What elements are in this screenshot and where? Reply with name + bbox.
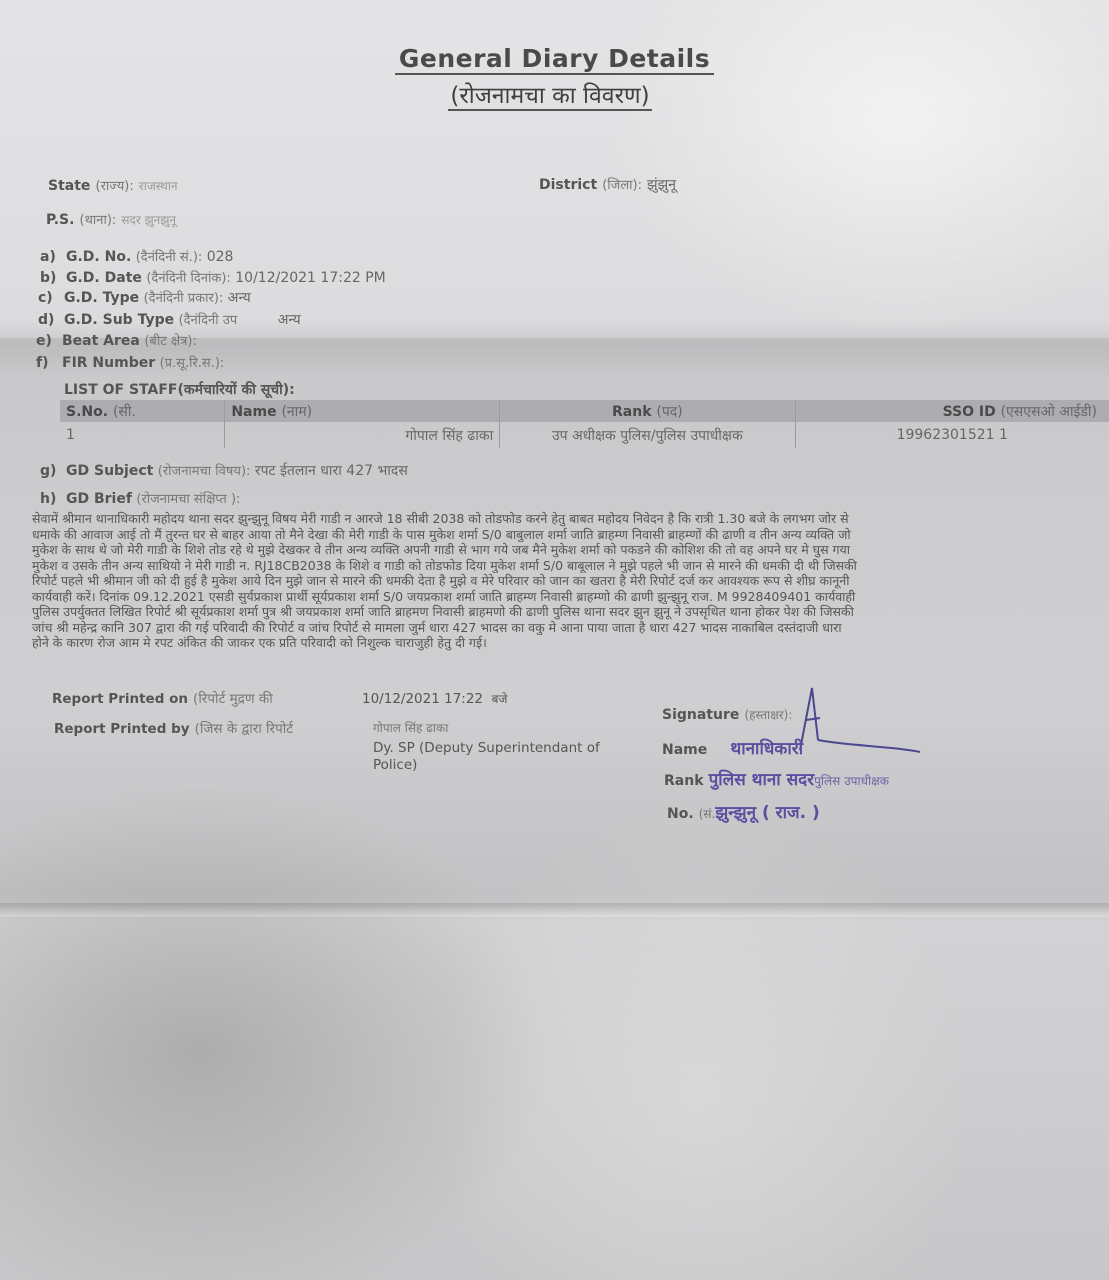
staff-name: गोपाल सिंह ढाका <box>225 422 500 448</box>
district-value: झुंझुनू <box>647 177 676 193</box>
staff-sno: 1 <box>60 422 225 448</box>
col-rank: Rank (पद) <box>500 400 795 422</box>
state-field: State (राज्य): राजस्थान <box>48 175 178 194</box>
number-field: No. (सं.झुन्झुनू ( राज. ) <box>667 800 820 823</box>
brief-line: पुलिस उपर्युक्तत लिखित रिपोर्ट श्री सूर्… <box>32 604 1109 620</box>
gd-date-field: b)G.D. Date (दैनंदिनी दिनांक): 10/12/202… <box>40 268 386 286</box>
staff-list-heading: LIST OF STAFF(कर्मचारियों की सूची): <box>64 380 295 399</box>
district-field: District (जिला): झुंझुनू <box>539 174 676 194</box>
brief-line: कार्यवाही करें। दिनांक 09.12.2021 एसडी स… <box>32 589 1109 605</box>
brief-line: रिपोर्ट पहले भी श्रीमान जी को दी हुई है … <box>32 573 1109 589</box>
brief-line: जांच श्री महेन्द्र कानि 307 द्वारा की गई… <box>32 620 1109 636</box>
report-printed-by: Report Printed by (जिस के द्वारा रिपोर्ट <box>54 718 293 737</box>
paper-fold-crease <box>0 903 1109 917</box>
table-row: 1 गोपाल सिंह ढाका उप अधीक्षक पुलिस/पुलिस… <box>60 422 1109 448</box>
state-value: राजस्थान <box>139 179 178 193</box>
gd-brief-field: h)GD Brief (रोजनामचा संक्षिप्त ): <box>40 489 240 507</box>
gd-brief-text: सेवामें श्रीमान थानाधिकारी महोदय थाना सद… <box>32 511 1109 651</box>
gd-subtype-field: d)G.D. Sub Type (दैनंदिनी उप अन्य <box>38 310 301 329</box>
brief-line: धमाके की आवाज आई तो मैं तुरन्त घर से बाह… <box>32 527 1109 543</box>
brief-line: मुकेश व उसके तीन अन्य साथियो ने मेरी गाड… <box>32 558 1109 574</box>
staff-sso-id: 19962301521 1 <box>795 422 1109 448</box>
name-stamp: थानाधिकारी <box>730 739 803 759</box>
staff-rank: उप अधीक्षक पुलिस/पुलिस उपाधीक्षक <box>500 422 795 448</box>
gd-date-value: 10/12/2021 17:22 PM <box>235 270 385 286</box>
gd-no-value: 028 <box>207 249 234 265</box>
brief-line: होने के कारण रोज आम मे रपट अंकित की जाकर… <box>32 635 1109 651</box>
gd-subject-value: रपट ईतलान धारा 427 भादस <box>255 463 408 479</box>
col-sso-id: SSO ID (एसएसओ आईडी) <box>795 400 1109 422</box>
brief-line: मुकेश के साथ थे जो मेरी गाडी के शिशे तोड… <box>32 542 1109 558</box>
document-subtitle: (रोजनामचा का विवरण) <box>0 78 1100 110</box>
gd-no-field: a)G.D. No. (दैनंदिनी सं.): 028 <box>40 247 233 265</box>
fir-number-field: f)FIR Number (प्र.सू.रि.स.): <box>36 353 224 371</box>
police-station-field: P.S. (थाना): सदर झुनझुनू <box>46 209 176 228</box>
rank-stamp: पुलिस थाना सदर <box>709 770 815 790</box>
gd-subtype-value: अन्य <box>278 312 301 328</box>
report-printed-by-name: गोपाल सिंह ढाका <box>373 719 448 736</box>
report-printed-on-value: 10/12/2021 17:22 बजे <box>362 690 507 707</box>
document-title: General Diary Details <box>0 44 1109 73</box>
gd-type-field: c)G.D. Type (दैनंदिनी प्रकार): अन्य <box>38 288 251 307</box>
name-field: Name थानाधिकारी <box>662 736 803 759</box>
brief-line: सेवामें श्रीमान थानाधिकारी महोदय थाना सद… <box>32 511 1109 527</box>
gd-subject-field: g)GD Subject (रोजनामचा विषय): रपट ईतलान … <box>40 461 408 480</box>
gd-type-value: अन्य <box>228 290 251 306</box>
rank-field: Rank पुलिस थाना सदरपुलिस उपाधीक्षक <box>664 767 889 790</box>
report-printed-by-designation: Dy. SP (Deputy Superintendant of Police) <box>373 740 643 774</box>
staff-table: S.No. (सी. Name (नाम) Rank (पद) SSO ID (… <box>60 400 1109 448</box>
staff-table-header: S.No. (सी. Name (नाम) Rank (पद) SSO ID (… <box>60 400 1109 422</box>
report-printed-on: Report Printed on (रिपोर्ट मुद्रण की <box>52 688 273 707</box>
police-station-value: सदर झुनझुनू <box>121 213 176 227</box>
number-stamp: झुन्झुनू ( राज. ) <box>715 803 819 823</box>
col-name: Name (नाम) <box>225 400 500 422</box>
beat-area-field: e)Beat Area (बीट क्षेत्र): <box>36 331 197 349</box>
col-sno: S.No. (सी. <box>60 400 225 422</box>
